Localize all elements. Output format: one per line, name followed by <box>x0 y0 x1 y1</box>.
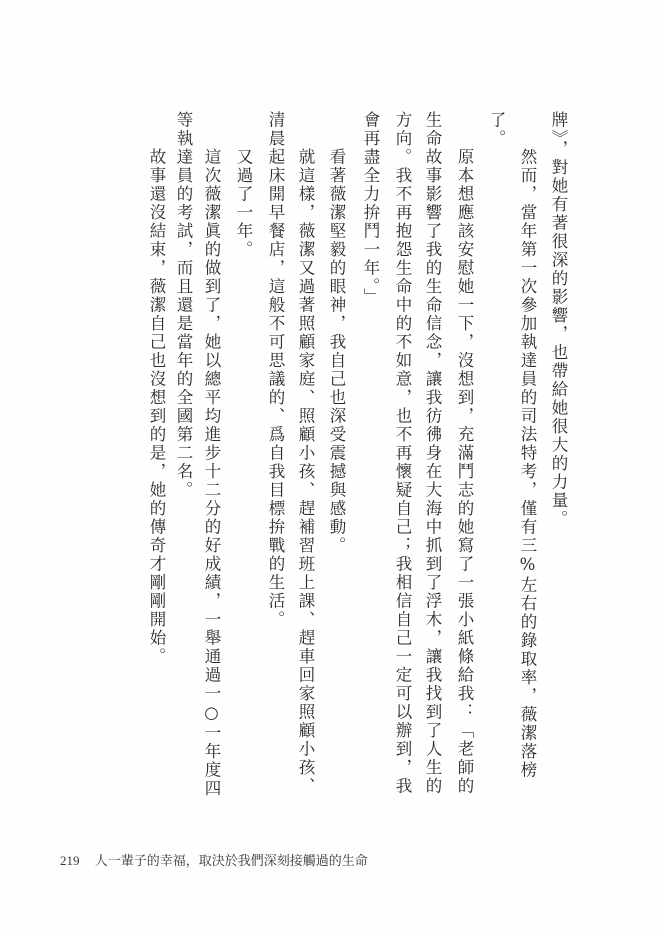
running-title: 人一輩子的幸福，取決於我們深刻接觸過的生命 <box>95 853 368 868</box>
text-column-12: 這次薇潔眞的做到了，她以總平均進步十二分的好成績，一舉通過一○一年度四 <box>201 111 221 791</box>
text-column-5: 生命故事影響了我的生命信念，讓我彷彿身在大海中抓到了浮木，讓我找到了人生的 <box>422 111 442 791</box>
text-column-2: 然而，當年第一次參加執達員的司法特考，僅有三%左右的錄取率，薇潔落榜 <box>517 111 537 791</box>
text-column-10: 清晨起床開早餐店，這般不可思議的、爲自我目標拚戰的生活。 <box>265 111 285 791</box>
text-column-1: 牌》，對她有著很深的影響，也帶給她很大的力量。 <box>548 111 568 791</box>
text-column-13: 等執達員的考試，而且還是當年的全國第二名。 <box>173 111 193 791</box>
text-column-7: 會再盡全力拚鬥一年。」 <box>360 111 380 791</box>
book-page: 牌》，對她有著很深的影響，也帶給她很大的力量。 然而，當年第一次參加執達員的司法… <box>0 0 663 932</box>
text-column-11: 又過了一年。 <box>233 111 253 791</box>
text-column-8: 看著薇潔堅毅的眼神，我自己也深受震撼與感動。 <box>326 111 346 791</box>
text-column-3: 了。 <box>486 111 506 791</box>
text-column-6: 方向。我不再抱怨生命中的不如意，也不再懷疑自己；我相信自己一定可以辦到，我 <box>392 111 412 791</box>
text-column-9: 就這樣，薇潔又過著照顧家庭、照顧小孩、趕補習班上課、趕車回家照顧小孩、 <box>295 111 315 791</box>
page-footer: 219 人一輩子的幸福，取決於我們深刻接觸過的生命 <box>60 850 368 869</box>
page-number: 219 <box>60 853 80 868</box>
text-column-14: 故事還沒結束，薇潔自己也沒想到的是，她的傳奇才剛剛開始。 <box>146 111 166 791</box>
text-column-4: 原本想應該安慰她一下，沒想到，充滿鬥志的她寫了一張小紙條給我：「老師的 <box>454 111 474 791</box>
